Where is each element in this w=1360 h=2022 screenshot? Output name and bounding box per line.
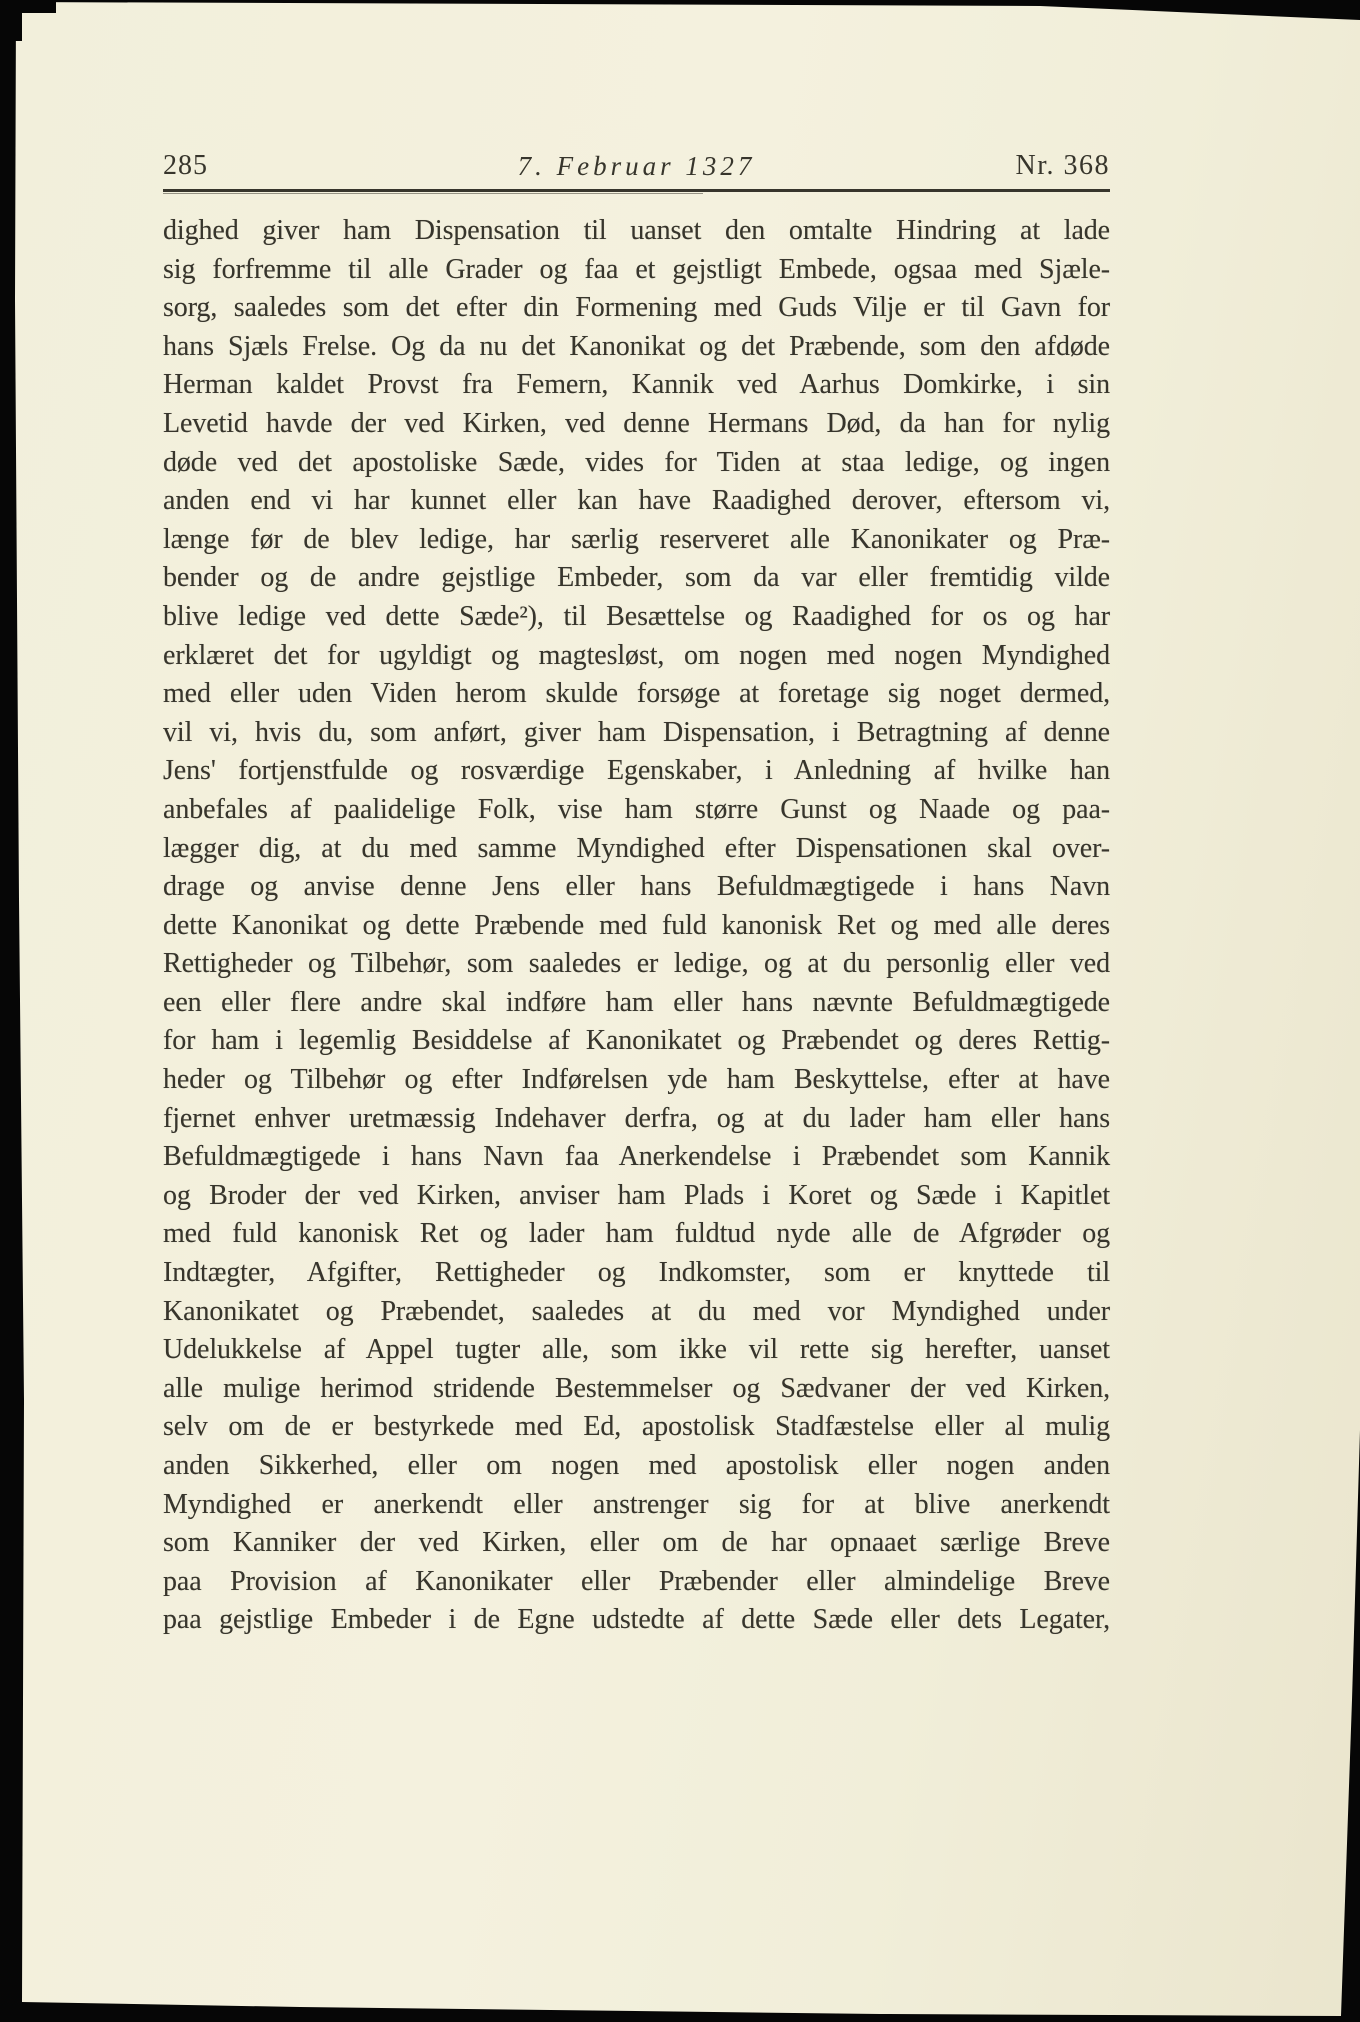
text-line: erklæret det for ugyldigt og magtesløst,… — [163, 637, 1110, 676]
text-line: for ham i legemlig Besiddelse af Kanonik… — [163, 1022, 1110, 1061]
document-number: Nr. 368 — [1016, 150, 1111, 182]
text-line: selv om de er bestyrkede med Ed, apostol… — [163, 1408, 1110, 1447]
text-line: sorg, saaledes som det efter din Formeni… — [163, 289, 1110, 328]
text-line: Levetid havde der ved Kirken, ved denne … — [163, 405, 1110, 444]
text-line: lægger dig, at du med samme Myndighed ef… — [163, 830, 1110, 869]
scan-artifact-top-left — [0, 0, 56, 13]
page-paper: 285 7. Februar 1327 Nr. 368 dighed giver… — [0, 0, 1360, 2022]
scanned-book-page: 285 7. Februar 1327 Nr. 368 dighed giver… — [0, 0, 1360, 2022]
text-line: Rettigheder og Tilbehør, som saaledes er… — [163, 945, 1110, 984]
text-line: alle mulige herimod stridende Bestemmels… — [163, 1370, 1110, 1409]
text-line: og Broder der ved Kirken, anviser ham Pl… — [163, 1177, 1110, 1216]
text-line: Indtægter, Afgifter, Rettigheder og Indk… — [163, 1254, 1110, 1293]
text-line: een eller flere andre skal indføre ham e… — [163, 984, 1110, 1023]
text-line: sig forfremme til alle Grader og faa et … — [163, 251, 1110, 290]
text-line: hans Sjæls Frelse. Og da nu det Kanonika… — [163, 328, 1110, 367]
text-line: Jens' fortjenstfulde og rosværdige Egens… — [163, 752, 1110, 791]
text-line: anden Sikkerhed, eller om nogen med apos… — [163, 1447, 1110, 1486]
text-line: Udelukkelse af Appel tugter alle, som ik… — [163, 1331, 1110, 1370]
scan-artifact-top-left-2 — [0, 13, 22, 41]
text-line: dighed giver ham Dispensation til uanset… — [163, 212, 1110, 251]
text-line: med eller uden Viden herom skulde forsøg… — [163, 675, 1110, 714]
text-line: Befuldmægtigede i hans Navn faa Anerkend… — [163, 1138, 1110, 1177]
text-line: Kanonikatet og Præbendet, saaledes at du… — [163, 1293, 1110, 1332]
header-rule — [163, 189, 1110, 192]
text-line: paa Provision af Kanonikater eller Præbe… — [163, 1563, 1110, 1602]
text-line: drage og anvise denne Jens eller hans Be… — [163, 868, 1110, 907]
text-line: Myndighed er anerkendt eller anstrenger … — [163, 1486, 1110, 1525]
page-header: 285 7. Februar 1327 Nr. 368 — [163, 144, 1110, 188]
text-line: heder og Tilbehør og efter Indførelsen y… — [163, 1061, 1110, 1100]
text-line: anden end vi har kunnet eller kan have R… — [163, 482, 1110, 521]
text-line: døde ved det apostoliske Sæde, vides for… — [163, 444, 1110, 483]
body-text: dighed giver ham Dispensation til uanset… — [163, 212, 1110, 1640]
text-line: fjernet enhver uretmæssig Indehaver derf… — [163, 1100, 1110, 1139]
text-line: bender og de andre gejstlige Embeder, so… — [163, 559, 1110, 598]
page-number: 285 — [163, 150, 208, 182]
text-line: dette Kanonikat og dette Præbende med fu… — [163, 907, 1110, 946]
header-date: 7. Februar 1327 — [518, 151, 756, 182]
text-line: som Kanniker der ved Kirken, eller om de… — [163, 1524, 1110, 1563]
text-line: blive ledige ved dette Sæde²), til Besæt… — [163, 598, 1110, 637]
text-line: længe før de blev ledige, har særlig res… — [163, 521, 1110, 560]
text-line: paa gejstlige Embeder i de Egne udstedte… — [163, 1601, 1110, 1640]
text-line: med fuld kanonisk Ret og lader ham fuldt… — [163, 1215, 1110, 1254]
text-line: vil vi, hvis du, som anført, giver ham D… — [163, 714, 1110, 753]
text-line: Herman kaldet Provst fra Femern, Kannik … — [163, 366, 1110, 405]
text-line: anbefales af paalidelige Folk, vise ham … — [163, 791, 1110, 830]
